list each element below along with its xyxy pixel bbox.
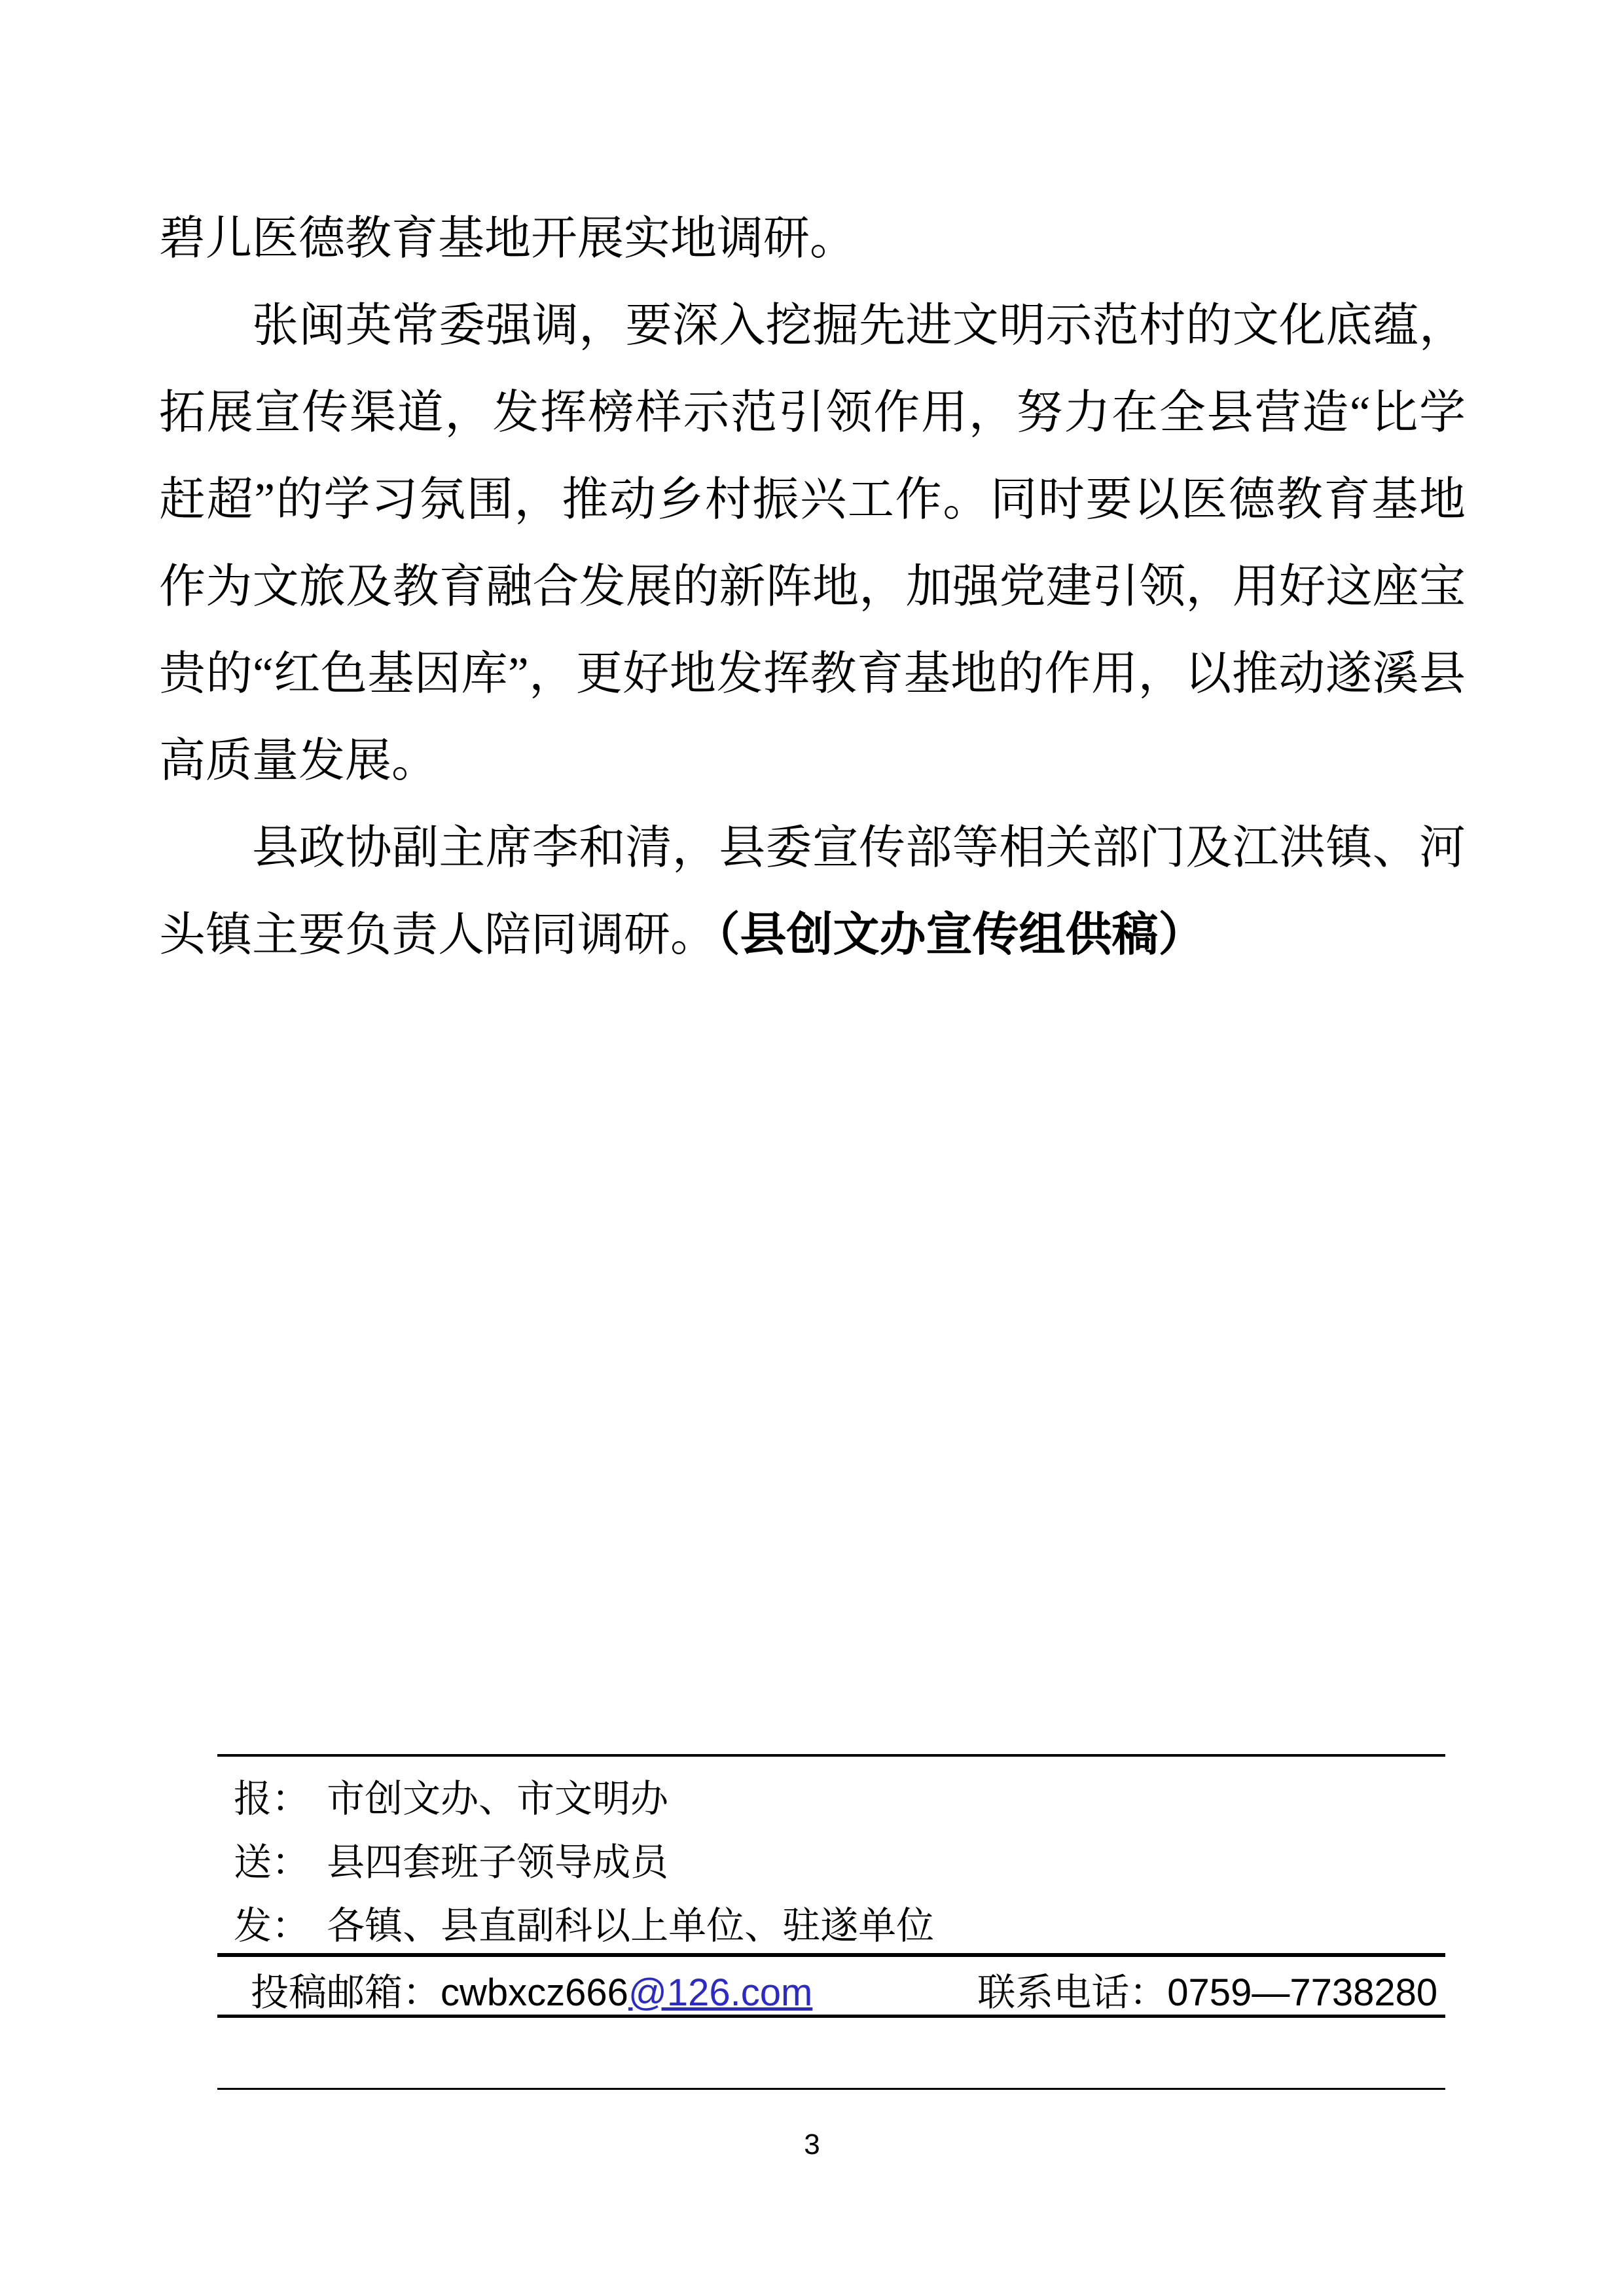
distribution-line-send: 送：县四套班子领导成员 [234, 1831, 934, 1894]
phone-number: 0759—7738280 [1167, 1971, 1437, 2014]
contact-row: 投稿邮箱：cwbxcz666@126.com联系电话：0759—7738280 [251, 1971, 1437, 2015]
phone-label: 联系电话： [977, 1971, 1167, 2014]
phone-group: 联系电话：0759—7738280 [977, 1971, 1437, 2014]
article-body: 碧儿医德教育基地开展实地调研。 张闽英常委强调，要深入挖掘先进文明示范村的文化底… [159, 196, 1466, 979]
paragraph-continuation: 碧儿医德教育基地开展实地调研。 [159, 196, 1466, 283]
distribution-value-send: 县四套班子领导成员 [327, 1841, 668, 1884]
contributor-credit: （县创文办宣传组供稿） [717, 910, 1205, 961]
footer-rule-top [217, 1754, 1445, 1757]
document-page: 碧儿医德教育基地开展实地调研。 张闽英常委强调，要深入挖掘先进文明示范村的文化底… [0, 0, 1624, 2296]
footer-rule-below-contact [217, 2015, 1445, 2018]
distribution-label-report: 报： [234, 1778, 310, 1820]
distribution-label-send: 送： [234, 1841, 310, 1884]
distribution-list: 报：市创文办、市文明办 送：县四套班子领导成员 发：各镇、县直副科以上单位、驻遂… [234, 1767, 934, 1958]
email-domain-link[interactable]: @126.com [628, 1971, 812, 2014]
distribution-line-report: 报：市创文办、市文明办 [234, 1767, 934, 1831]
paragraph-emphasis-remarks: 张闽英常委强调，要深入挖掘先进文明示范村的文化底蕴，拓展宣传渠道，发挥榜样示范引… [159, 283, 1466, 805]
distribution-line-issue: 发：各镇、县直副科以上单位、驻遂单位 [234, 1894, 934, 1958]
page-number: 3 [0, 2128, 1624, 2161]
email-user: cwbxcz666 [441, 1971, 628, 2014]
paragraph-attendees: 县政协副主席李和清，县委宣传部等相关部门及江洪镇、河头镇主要负责人陪同调研。（县… [159, 805, 1466, 979]
distribution-label-issue: 发： [234, 1905, 310, 1947]
distribution-value-issue: 各镇、县直副科以上单位、驻遂单位 [327, 1905, 934, 1947]
distribution-value-report: 市创文办、市文明办 [327, 1778, 668, 1820]
footer-rule-bottom [217, 2088, 1445, 2090]
email-label: 投稿邮箱： [251, 1971, 441, 2014]
